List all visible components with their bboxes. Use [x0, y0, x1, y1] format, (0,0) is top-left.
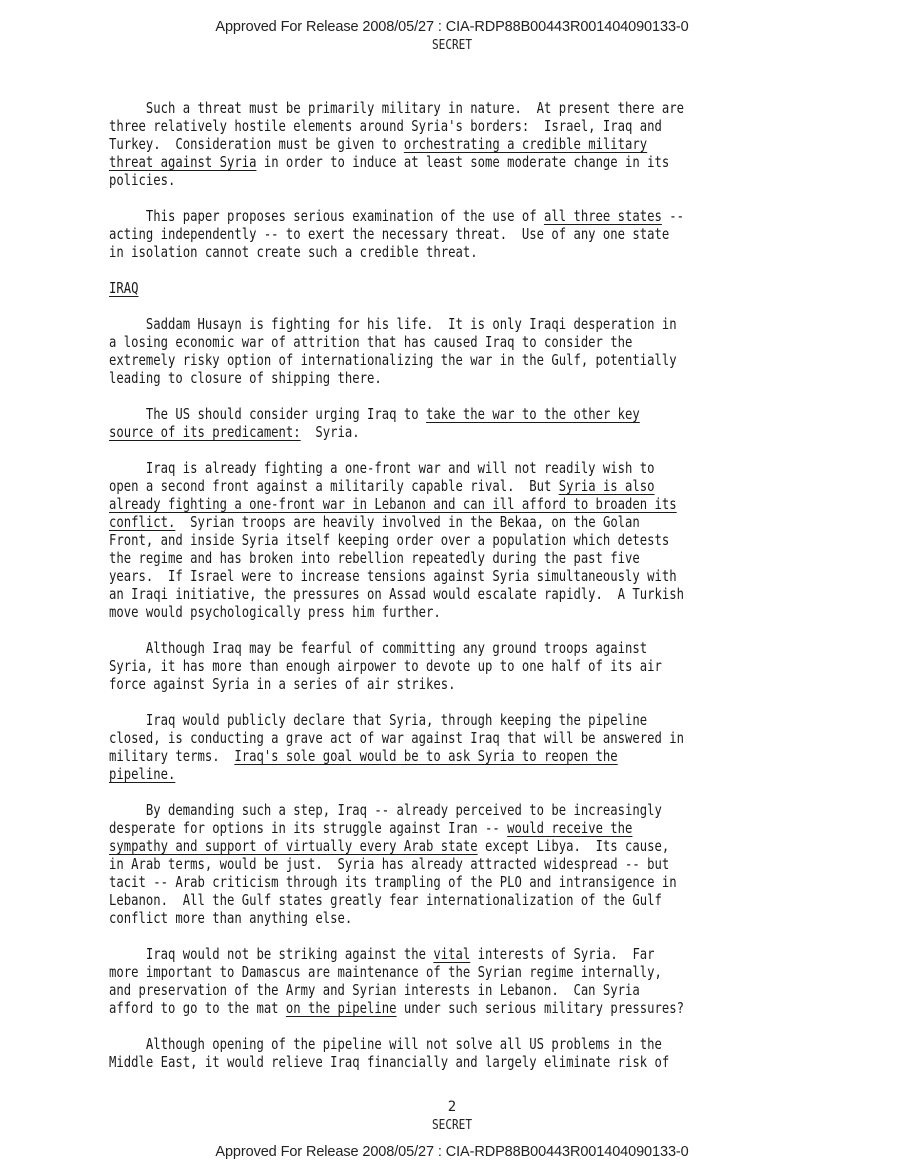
text-segment: under such serious military pressures?	[397, 999, 685, 1017]
text-segment: tacit -- Arab criticism through its tram…	[109, 873, 677, 891]
text-segment: conflict more than anything else.	[109, 909, 352, 927]
page-number: 2	[0, 1099, 904, 1115]
text-line: Lebanon. All the Gulf states greatly fea…	[109, 891, 678, 909]
text-segment: a losing economic war of attrition that …	[109, 333, 632, 351]
paragraph: Although Iraq may be fearful of committi…	[109, 639, 829, 693]
text-line: force against Syria in a series of air s…	[109, 675, 678, 693]
text-line: policies.	[109, 171, 678, 189]
text-segment: and preservation of the Army and Syrian …	[109, 981, 640, 999]
paragraph-gap	[109, 927, 829, 945]
paragraph-gap	[109, 783, 829, 801]
text-line: an Iraqi initiative, the pressures on As…	[109, 585, 678, 603]
underlined-text: sympathy and support of virtually every …	[109, 837, 478, 855]
text-line: source of its predicament: Syria.	[109, 423, 678, 441]
underlined-text: already fighting a one-front war in Leba…	[109, 495, 677, 513]
text-segment: leading to closure of shipping there.	[109, 369, 382, 387]
text-segment: Iraq would publicly declare that Syria, …	[109, 711, 647, 729]
classification-bottom: SECRET	[81, 1117, 822, 1133]
text-segment: Although opening of the pipeline will no…	[109, 1035, 662, 1053]
paragraph-gap	[109, 441, 829, 459]
text-segment: Such a threat must be primarily military…	[109, 99, 684, 117]
text-line: Iraq would not be striking against the v…	[109, 945, 678, 963]
text-line: threat against Syria in order to induce …	[109, 153, 678, 171]
text-line: a losing economic war of attrition that …	[109, 333, 678, 351]
text-segment: Syria.	[301, 423, 360, 441]
text-segment: Middle East, it would relieve Iraq finan…	[109, 1053, 669, 1071]
text-segment: Front, and inside Syria itself keeping o…	[109, 531, 669, 549]
text-segment: The US should consider urging Iraq to	[109, 405, 426, 423]
text-line: already fighting a one-front war in Leba…	[109, 495, 678, 513]
paragraph: The US should consider urging Iraq to ta…	[109, 405, 829, 441]
text-segment: closed, is conducting a grave act of war…	[109, 729, 684, 747]
paragraph-gap	[109, 693, 829, 711]
text-segment: desperate for options in its struggle ag…	[109, 819, 507, 837]
underlined-text: vital	[433, 945, 470, 963]
text-line: Syria, it has more than enough airpower …	[109, 657, 678, 675]
underlined-text: Syria is also	[559, 477, 655, 495]
text-line: Turkey. Consideration must be given to o…	[109, 135, 678, 153]
text-segment: more important to Damascus are maintenan…	[109, 963, 662, 981]
text-segment: Iraq is already fighting a one-front war…	[109, 459, 655, 477]
underlined-text: pipeline.	[109, 765, 175, 783]
text-line: This paper proposes serious examination …	[109, 207, 678, 225]
text-segment: Syrian troops are heavily involved in th…	[175, 513, 639, 531]
text-segment: By demanding such a step, Iraq -- alread…	[109, 801, 662, 819]
text-segment: years. If Israel were to increase tensio…	[109, 567, 677, 585]
text-line: By demanding such a step, Iraq -- alread…	[109, 801, 678, 819]
underlined-text: would receive the	[507, 819, 632, 837]
text-line: Iraq is already fighting a one-front war…	[109, 459, 678, 477]
text-line: open a second front against a militarily…	[109, 477, 678, 495]
text-line: tacit -- Arab criticism through its tram…	[109, 873, 678, 891]
text-segment: the regime and has broken into rebellion…	[109, 549, 640, 567]
text-segment: open a second front against a militarily…	[109, 477, 559, 495]
text-line: more important to Damascus are maintenan…	[109, 963, 678, 981]
text-line: conflict more than anything else.	[109, 909, 678, 927]
text-segment: military terms.	[109, 747, 234, 765]
text-line: three relatively hostile elements around…	[109, 117, 678, 135]
text-line: afford to go to the mat on the pipeline …	[109, 999, 678, 1017]
paragraph: Iraq would publicly declare that Syria, …	[109, 711, 829, 783]
text-segment: an Iraqi initiative, the pressures on As…	[109, 585, 684, 603]
text-segment: in Arab terms, would be just. Syria has …	[109, 855, 669, 873]
text-line: pipeline.	[109, 765, 678, 783]
text-segment: Although Iraq may be fearful of committi…	[109, 639, 647, 657]
classification-top: SECRET	[81, 37, 822, 53]
paragraph: By demanding such a step, Iraq -- alread…	[109, 801, 829, 927]
paragraph-gap	[109, 297, 829, 315]
text-segment: Lebanon. All the Gulf states greatly fea…	[109, 891, 662, 909]
text-line: Middle East, it would relieve Iraq finan…	[109, 1053, 678, 1071]
text-line: Front, and inside Syria itself keeping o…	[109, 531, 678, 549]
text-line: extremely risky option of internationali…	[109, 351, 678, 369]
text-segment: extremely risky option of internationali…	[109, 351, 677, 369]
text-line: Iraq would publicly declare that Syria, …	[109, 711, 678, 729]
underlined-text: threat against Syria	[109, 153, 256, 171]
text-segment: policies.	[109, 171, 175, 189]
paragraph-gap	[109, 1017, 829, 1035]
paragraph: Iraq would not be striking against the v…	[109, 945, 829, 1017]
text-line: the regime and has broken into rebellion…	[109, 549, 678, 567]
paragraph-gap	[109, 387, 829, 405]
text-line: Although Iraq may be fearful of committi…	[109, 639, 678, 657]
text-segment: afford to go to the mat	[109, 999, 286, 1017]
text-segment: except Libya. Its cause,	[478, 837, 670, 855]
text-line: desperate for options in its struggle ag…	[109, 819, 678, 837]
text-segment: in order to induce at least some moderat…	[256, 153, 669, 171]
underlined-text: source of its predicament:	[109, 423, 301, 441]
text-segment: --	[662, 207, 684, 225]
paragraph-gap	[109, 189, 829, 207]
section-heading: IRAQ	[109, 279, 678, 297]
text-line: move would psychologically press him fur…	[109, 603, 678, 621]
paragraph-gap	[109, 621, 829, 639]
text-segment: Iraq would not be striking against the	[109, 945, 433, 963]
paragraph: Saddam Husayn is fighting for his life. …	[109, 315, 829, 387]
underlined-text: orchestrating a credible military	[404, 135, 647, 153]
text-segment: in isolation cannot create such a credib…	[109, 243, 478, 261]
text-line: military terms. Iraq's sole goal would b…	[109, 747, 678, 765]
release-stamp-bottom: Approved For Release 2008/05/27 : CIA-RD…	[0, 1144, 904, 1160]
text-line: closed, is conducting a grave act of war…	[109, 729, 678, 747]
text-line: acting independently -- to exert the nec…	[109, 225, 678, 243]
underlined-text: on the pipeline	[286, 999, 397, 1017]
underlined-text: all three states	[544, 207, 662, 225]
text-segment: force against Syria in a series of air s…	[109, 675, 456, 693]
text-segment: three relatively hostile elements around…	[109, 117, 662, 135]
text-segment: Syria, it has more than enough airpower …	[109, 657, 662, 675]
text-line: sympathy and support of virtually every …	[109, 837, 678, 855]
text-segment: Saddam Husayn is fighting for his life. …	[109, 315, 677, 333]
text-line: conflict. Syrian troops are heavily invo…	[109, 513, 678, 531]
text-line: in isolation cannot create such a credib…	[109, 243, 678, 261]
underlined-text: take the war to the other key	[426, 405, 640, 423]
text-line: Although opening of the pipeline will no…	[109, 1035, 678, 1053]
text-line: years. If Israel were to increase tensio…	[109, 567, 678, 585]
text-line: and preservation of the Army and Syrian …	[109, 981, 678, 999]
text-line: in Arab terms, would be just. Syria has …	[109, 855, 678, 873]
text-segment: Turkey. Consideration must be given to	[109, 135, 404, 153]
paragraph: Although opening of the pipeline will no…	[109, 1035, 829, 1071]
text-line: Saddam Husayn is fighting for his life. …	[109, 315, 678, 333]
text-line: leading to closure of shipping there.	[109, 369, 678, 387]
text-line: The US should consider urging Iraq to ta…	[109, 405, 678, 423]
text-segment: This paper proposes serious examination …	[109, 207, 544, 225]
document-body: Such a threat must be primarily military…	[109, 99, 829, 1071]
paragraph-gap	[109, 261, 829, 279]
paragraph: Such a threat must be primarily military…	[109, 99, 829, 189]
text-line: Such a threat must be primarily military…	[109, 99, 678, 117]
text-segment: move would psychologically press him fur…	[109, 603, 441, 621]
paragraph: This paper proposes serious examination …	[109, 207, 829, 261]
release-stamp-top: Approved For Release 2008/05/27 : CIA-RD…	[0, 19, 904, 35]
underlined-text: conflict.	[109, 513, 175, 531]
text-segment: interests of Syria. Far	[470, 945, 654, 963]
underlined-text: Iraq's sole goal would be to ask Syria t…	[234, 747, 617, 765]
paragraph: Iraq is already fighting a one-front war…	[109, 459, 829, 621]
text-segment: acting independently -- to exert the nec…	[109, 225, 669, 243]
